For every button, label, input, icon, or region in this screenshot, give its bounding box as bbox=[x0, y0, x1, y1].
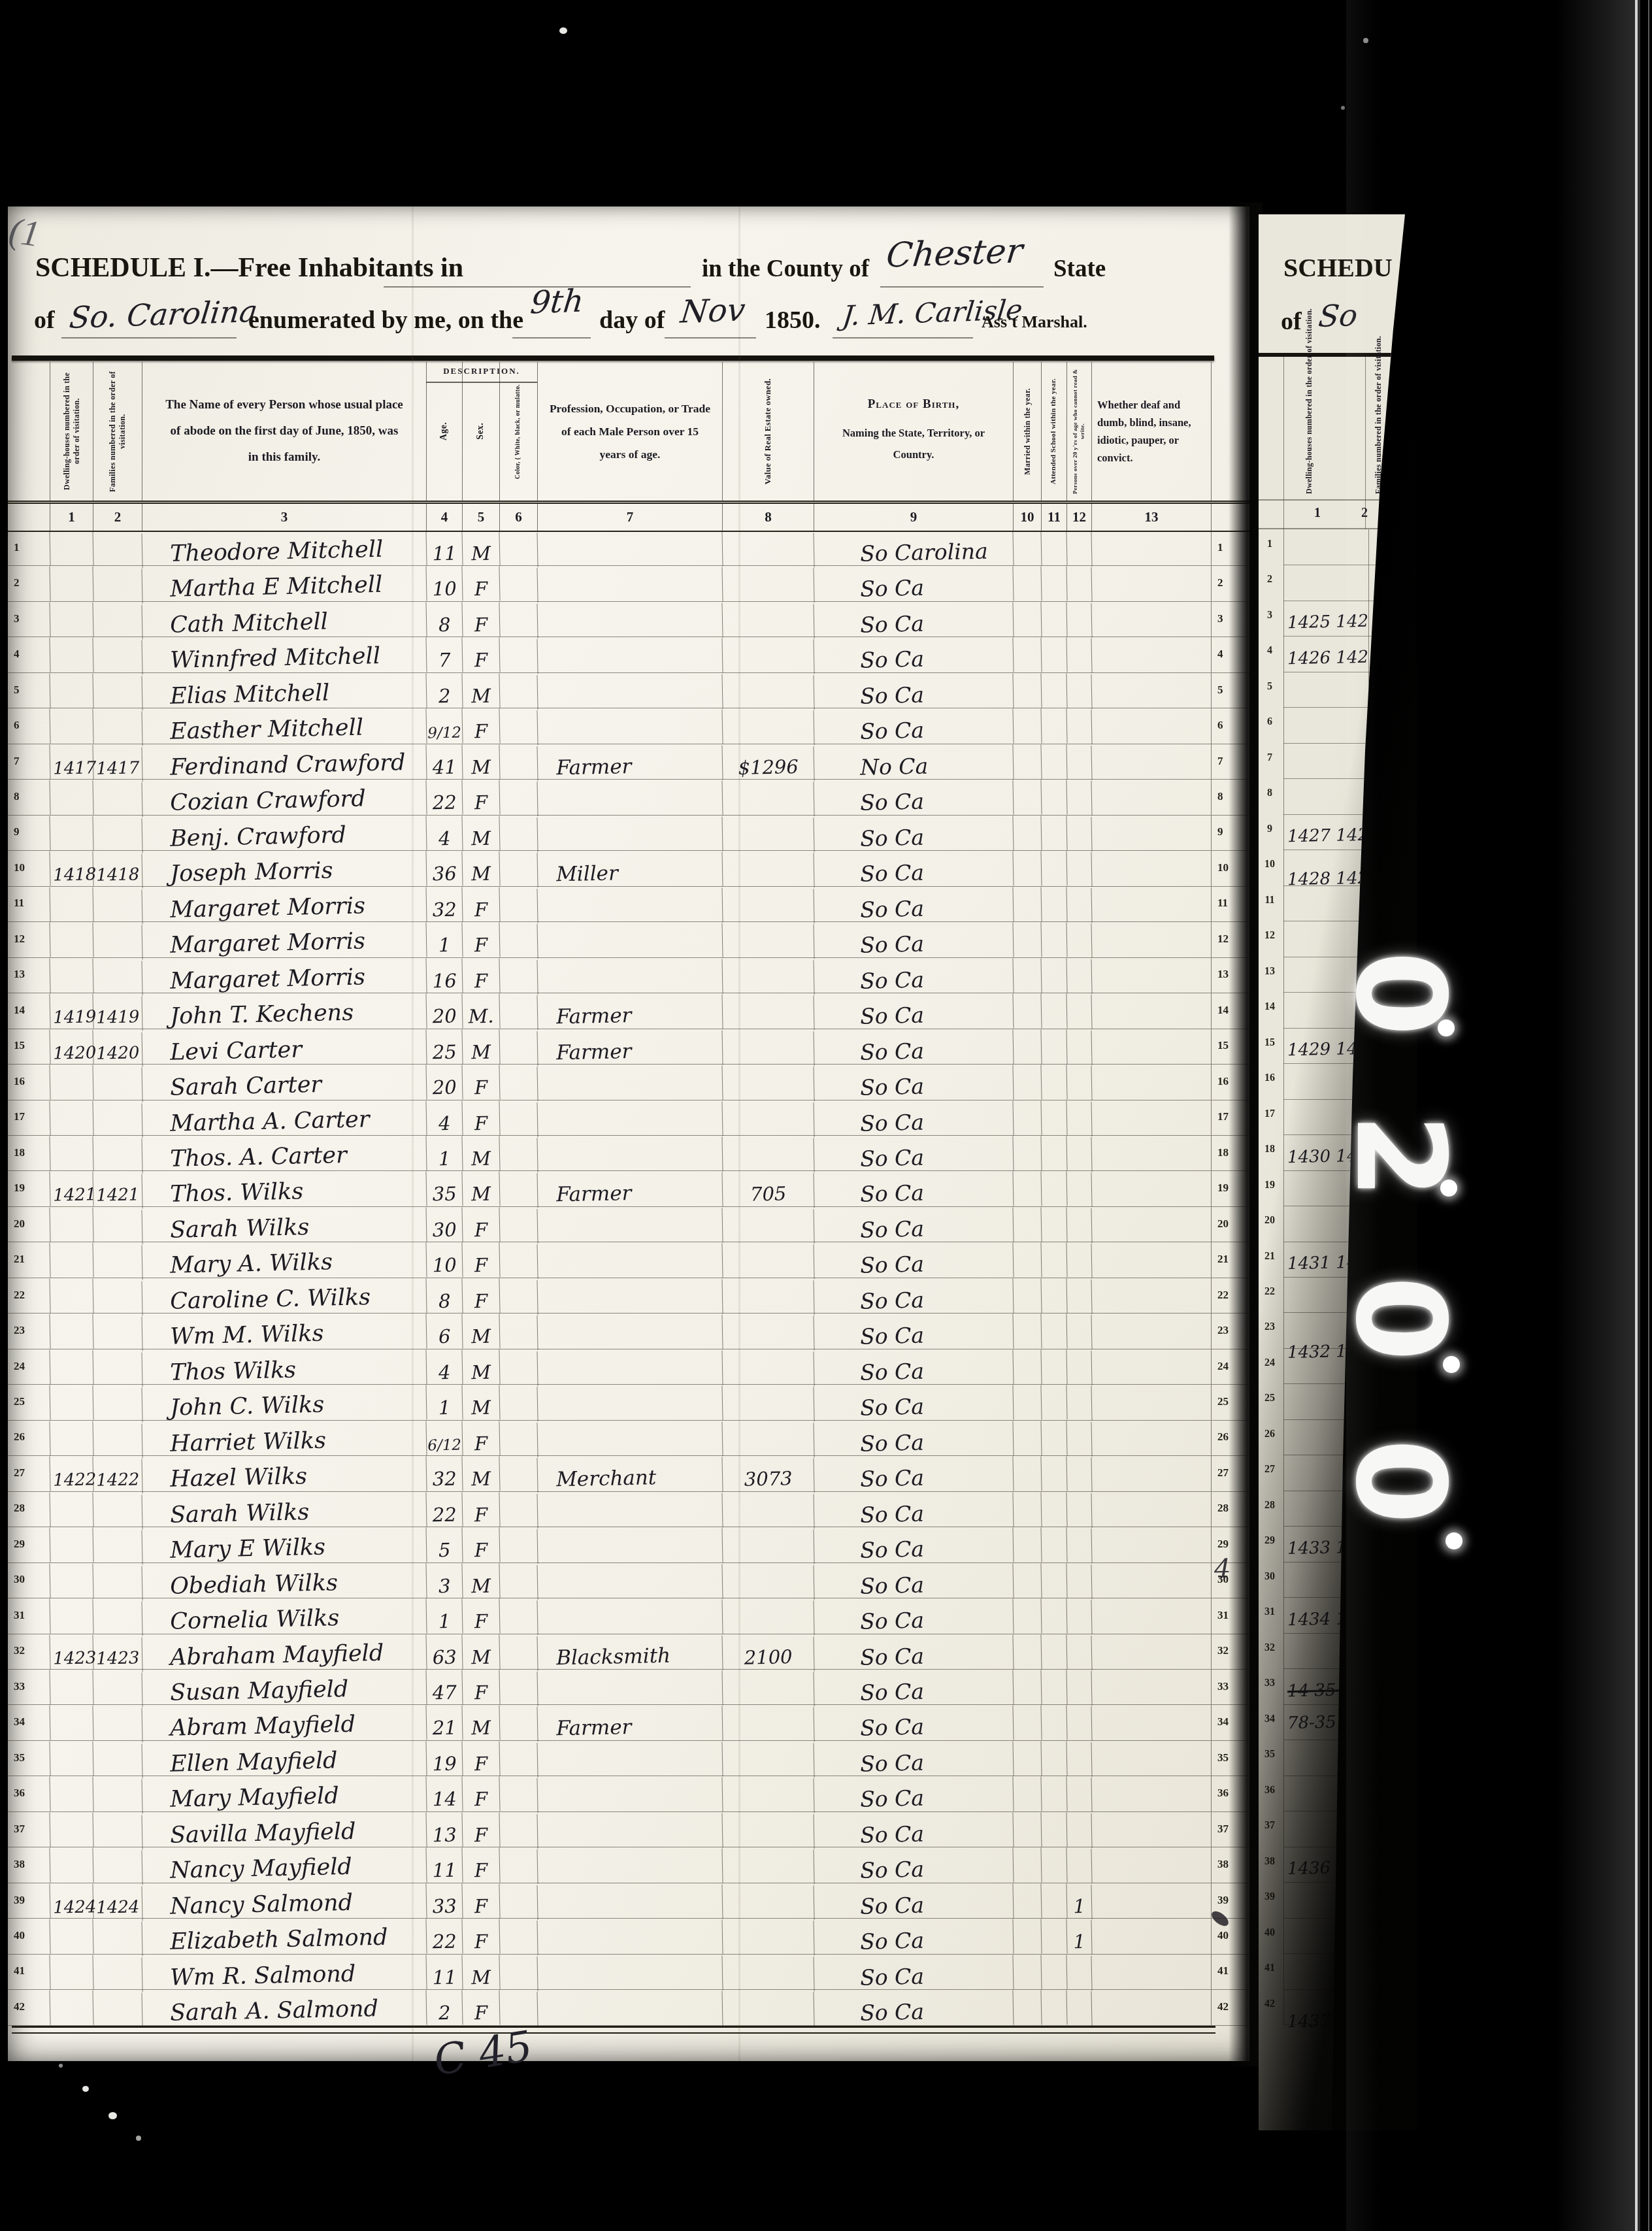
cell-married bbox=[1012, 1954, 1041, 1989]
census-scan: { "film": { "frame_number": "0200" }, "h… bbox=[0, 0, 1652, 2231]
cell-remarks bbox=[1091, 1170, 1211, 1208]
cell-name: Levi Carter bbox=[141, 1026, 426, 1067]
next-page-row-number: 26 bbox=[1259, 1429, 1281, 1440]
next-page-dwelling-entry: 1434 143 bbox=[1287, 1608, 1369, 1630]
cell-value bbox=[721, 636, 814, 673]
cell-school bbox=[1040, 1385, 1066, 1420]
cell-illiterate bbox=[1066, 744, 1091, 779]
cell-age-text: 22 bbox=[432, 1506, 457, 1525]
row-number-right-text: 37 bbox=[1217, 1823, 1229, 1834]
cell-married bbox=[1012, 1349, 1041, 1384]
col4-header: Age. bbox=[438, 422, 450, 440]
cell-color bbox=[499, 851, 537, 887]
cell-remarks bbox=[1091, 1633, 1211, 1670]
row-number-right-text: 40 bbox=[1217, 1930, 1229, 1941]
cell-family bbox=[92, 1349, 142, 1385]
cell-sex: F bbox=[461, 1206, 499, 1242]
cell-school bbox=[1040, 1029, 1066, 1064]
cell-name: Abram Mayfield bbox=[141, 1702, 426, 1743]
cell-married bbox=[1012, 1278, 1041, 1313]
cell-age-text: 2 bbox=[438, 2004, 451, 2023]
column-number: 9 bbox=[814, 504, 1013, 531]
cell-remarks bbox=[1091, 636, 1211, 673]
row-number-right-text: 15 bbox=[1217, 1040, 1229, 1051]
next-page-row-line bbox=[1283, 601, 1388, 601]
next-page-row-number: 23 bbox=[1259, 1321, 1281, 1333]
row-number: 7 bbox=[8, 744, 50, 779]
cell-school bbox=[1040, 1242, 1066, 1278]
cell-birthplace-text: No Ca bbox=[860, 755, 929, 778]
table-row: 23Wm M. Wilks6MSo Ca23 bbox=[8, 1314, 1249, 1349]
row-number-text: 2 bbox=[14, 577, 20, 588]
cell-sex: F bbox=[461, 708, 499, 744]
cell-sex-text: M bbox=[471, 1363, 491, 1383]
cell-age-text: 47 bbox=[432, 1683, 457, 1703]
row-number-right-text: 38 bbox=[1217, 1859, 1229, 1870]
row-number: 27 bbox=[8, 1456, 50, 1491]
cell-name: Harriet Wilks bbox=[141, 1417, 426, 1459]
cell-remarks bbox=[1091, 1134, 1211, 1172]
cell-age-text: 20 bbox=[432, 1007, 457, 1027]
cell-sex: M bbox=[461, 1634, 499, 1670]
cell-sex-text: M bbox=[471, 1398, 491, 1418]
next-page-row-number: 16 bbox=[1259, 1072, 1281, 1084]
cell-age-text: 35 bbox=[432, 1185, 457, 1205]
row-number: 13 bbox=[8, 958, 50, 993]
row-number: 39 bbox=[8, 1883, 50, 1918]
row-number-text: 23 bbox=[14, 1325, 25, 1336]
number-spacer bbox=[8, 504, 50, 531]
cell-remarks bbox=[1091, 1917, 1211, 1955]
cell-name: Sarah Carter bbox=[141, 1061, 426, 1102]
cell-birthplace-text: So Ca bbox=[860, 1788, 925, 1811]
cell-illiterate bbox=[1066, 708, 1091, 744]
cell-family bbox=[92, 780, 142, 816]
cell-name-text: Cozian Crawford bbox=[170, 788, 366, 815]
cell-illiterate bbox=[1066, 1741, 1091, 1776]
cell-married bbox=[1012, 993, 1041, 1029]
table-top-rule bbox=[12, 355, 1214, 361]
cell-age-text: 9/12 bbox=[427, 726, 461, 742]
cell-illiterate bbox=[1066, 1029, 1091, 1064]
cell-occupation-text: Farmer bbox=[556, 1006, 632, 1028]
cell-age-text: 33 bbox=[432, 1897, 457, 1917]
table-row: 22Caroline C. Wilks8FSo Ca22 bbox=[8, 1278, 1249, 1314]
cell-birthplace: So Ca bbox=[813, 1917, 1013, 1956]
cell-color bbox=[499, 1242, 537, 1278]
table-row: 5Elias Mitchell2MSo Ca5 bbox=[8, 673, 1249, 708]
cell-dwelling bbox=[49, 1100, 93, 1136]
cell-sex-text: F bbox=[474, 723, 488, 742]
cell-sex: M bbox=[461, 744, 499, 780]
cell-value bbox=[721, 672, 814, 708]
enumerated-label: enumerated by me, on the bbox=[248, 306, 523, 335]
cell-sex-text: F bbox=[474, 1541, 488, 1560]
row-number-text: 34 bbox=[14, 1716, 25, 1727]
table-row: 31Cornelia Wilks1FSo Ca31 bbox=[8, 1598, 1249, 1634]
cell-color bbox=[499, 672, 537, 708]
cell-sex-text: F bbox=[474, 1826, 488, 1845]
next-page-row-number: 19 bbox=[1259, 1180, 1281, 1191]
col5-header: Sex. bbox=[475, 423, 487, 440]
cell-age: 20 bbox=[425, 1064, 462, 1100]
cell-dwelling bbox=[49, 1064, 93, 1100]
cell-dwelling bbox=[49, 637, 93, 673]
row-number-text: 6 bbox=[14, 719, 20, 731]
cell-color bbox=[499, 886, 537, 922]
row-number-text: 5 bbox=[14, 684, 20, 695]
cell-dwelling: 1423 bbox=[49, 1634, 93, 1670]
cell-color bbox=[499, 1527, 537, 1563]
cell-value bbox=[721, 1918, 814, 1955]
row-number-text: 22 bbox=[14, 1289, 25, 1300]
table-row: 1014181418Joseph Morris36MMillerSo Ca10 bbox=[8, 851, 1249, 886]
cell-sex-text: F bbox=[474, 1612, 488, 1631]
cell-name-text: Hazel Wilks bbox=[170, 1466, 307, 1491]
cell-occupation bbox=[537, 1917, 722, 1955]
cell-school bbox=[1040, 922, 1066, 957]
cell-occupation-text: Farmer bbox=[556, 1042, 632, 1063]
cell-name: Theodore Mitchell bbox=[141, 527, 426, 569]
table-row: 33Susan Mayfield47FSo Ca33 bbox=[8, 1670, 1249, 1705]
cell-age: 5 bbox=[425, 1527, 462, 1563]
cell-sex: F bbox=[461, 1420, 499, 1456]
cell-color bbox=[499, 744, 537, 780]
cell-birthplace-text: So Ca bbox=[860, 649, 925, 672]
cell-birthplace: So Ca bbox=[813, 1739, 1013, 1778]
cell-age: 25 bbox=[425, 1029, 462, 1065]
row-number-right-text: 2 bbox=[1217, 577, 1223, 588]
cell-dwelling: 1421 bbox=[49, 1171, 93, 1207]
cell-dwelling bbox=[49, 530, 93, 566]
cell-value bbox=[721, 921, 814, 958]
cell-birthplace: So Ca bbox=[813, 1312, 1013, 1351]
next-page-row-line bbox=[1283, 1953, 1388, 1954]
row-number-text: 18 bbox=[14, 1147, 25, 1158]
cell-name-text: Wm R. Salmond bbox=[170, 1963, 356, 1990]
cell-dwelling-text: 1418 bbox=[53, 867, 97, 884]
cell-sex: F bbox=[461, 1669, 499, 1705]
cell-occupation: Farmer bbox=[537, 1027, 722, 1066]
table-row: 6Easther Mitchell9/12FSo Ca6 bbox=[8, 708, 1249, 744]
cell-value bbox=[721, 1527, 814, 1563]
cell-married bbox=[1012, 1598, 1041, 1634]
table-row: 11Margaret Morris32FSo Ca11 bbox=[8, 887, 1249, 922]
cell-occupation: Farmer bbox=[537, 1169, 722, 1208]
cell-age-text: 30 bbox=[432, 1221, 457, 1240]
cell-married bbox=[1012, 1242, 1041, 1278]
cell-remarks bbox=[1091, 743, 1211, 780]
next-page-row-number: 1 bbox=[1259, 538, 1281, 550]
row-number-right-text: 14 bbox=[1217, 1004, 1229, 1016]
row-number: 40 bbox=[8, 1919, 50, 1953]
row-number-text: 36 bbox=[14, 1787, 25, 1798]
cell-sex-text: M bbox=[471, 687, 491, 706]
next-page-row-line bbox=[1283, 1668, 1388, 1669]
cell-married bbox=[1012, 1314, 1041, 1349]
next-page-row-line bbox=[1283, 1633, 1388, 1634]
cell-illiterate bbox=[1066, 1100, 1091, 1135]
row-number-text: 11 bbox=[14, 897, 24, 908]
cell-birthplace-text: So Ca bbox=[860, 969, 925, 992]
cell-color bbox=[499, 637, 537, 673]
next-page-row-number: 37 bbox=[1259, 1820, 1281, 1832]
cell-sex: F bbox=[461, 886, 499, 922]
next-page-rule bbox=[1259, 528, 1386, 529]
row-number: 9 bbox=[8, 816, 50, 850]
cell-sex-text: F bbox=[474, 901, 488, 919]
row-number: 26 bbox=[8, 1421, 50, 1455]
cell-dwelling bbox=[49, 1135, 93, 1171]
cell-name: John C. Wilks bbox=[141, 1382, 426, 1423]
table-row: 41Wm R. Salmond11MSo Ca41 bbox=[8, 1955, 1249, 1990]
cell-name: Wm M. Wilks bbox=[141, 1311, 426, 1352]
cell-value bbox=[721, 1598, 814, 1634]
cell-name-text: Sarah A. Salmond bbox=[170, 1998, 379, 2026]
cell-name-text: Margaret Morris bbox=[170, 966, 366, 993]
cell-birthplace-text: So Ca bbox=[860, 862, 925, 885]
cell-married bbox=[1012, 1883, 1041, 1918]
cell-remarks bbox=[1091, 850, 1211, 887]
cell-school bbox=[1040, 1634, 1066, 1669]
cell-value: 705 bbox=[721, 1170, 814, 1207]
cell-name: Martha A. Carter bbox=[141, 1097, 426, 1138]
cell-family-text: 1423 bbox=[96, 1649, 140, 1667]
cell-school bbox=[1040, 1314, 1066, 1349]
cell-family bbox=[92, 1242, 142, 1278]
cell-married bbox=[1012, 1171, 1041, 1206]
cell-sex-text: F bbox=[474, 1292, 488, 1311]
cell-value bbox=[721, 993, 814, 1029]
table-row: 1Theodore Mitchell11MSo Carolina1 bbox=[8, 531, 1249, 566]
schedule-title: SCHEDULE I.—Free Inhabitants in bbox=[35, 252, 463, 284]
row-number: 29 bbox=[8, 1527, 50, 1562]
cell-dwelling: 1424 bbox=[49, 1883, 93, 1919]
cell-sex-text: M bbox=[471, 829, 491, 849]
column-number: 13 bbox=[1091, 504, 1211, 531]
cell-school bbox=[1040, 672, 1066, 708]
cell-sex-text: F bbox=[474, 580, 488, 599]
cell-birthplace-text: So Carolina bbox=[860, 540, 988, 565]
cell-sex-text: F bbox=[474, 1434, 488, 1453]
cell-color bbox=[499, 922, 537, 958]
col13-header: Whether deaf and dumb, blind, insane, id… bbox=[1091, 362, 1211, 501]
table-row: 13Margaret Morris16FSo Ca13 bbox=[8, 958, 1249, 993]
column-number: 6 bbox=[499, 504, 537, 531]
cell-occupation bbox=[537, 600, 722, 638]
row-number-text: 41 bbox=[14, 1965, 25, 1976]
row-number: 42 bbox=[8, 1990, 50, 2024]
cell-married bbox=[1012, 1420, 1041, 1455]
cell-sex-text: M bbox=[471, 1149, 491, 1169]
row-number: 41 bbox=[8, 1955, 50, 1989]
state-underline bbox=[61, 337, 237, 339]
cell-name-text: Wm M. Wilks bbox=[170, 1323, 324, 1349]
cell-sex-text: M bbox=[471, 1327, 491, 1347]
cell-birthplace: So Ca bbox=[813, 564, 1013, 603]
next-page-row-line bbox=[1283, 814, 1388, 815]
cell-family bbox=[92, 1919, 142, 1955]
next-page-row-line bbox=[1283, 565, 1388, 565]
cell-name-text: Benj. Crawford bbox=[170, 824, 346, 851]
cell-color bbox=[499, 1171, 537, 1207]
next-page-row-number: 10 bbox=[1259, 859, 1281, 870]
cell-age-text: 11 bbox=[432, 1968, 457, 1988]
cell-occupation: Farmer bbox=[537, 742, 722, 781]
cell-age-text: 4 bbox=[438, 829, 451, 848]
cell-family bbox=[92, 708, 142, 744]
cell-age-text: 63 bbox=[432, 1648, 457, 1668]
cell-married bbox=[1012, 1100, 1041, 1135]
cell-illiterate bbox=[1066, 531, 1091, 566]
table-bottom-rule bbox=[12, 2026, 1215, 2034]
cell-illiterate bbox=[1066, 993, 1091, 1029]
row-number: 15 bbox=[8, 1029, 50, 1064]
cell-age: 32 bbox=[425, 1456, 462, 1492]
cell-name: Hazel Wilks bbox=[141, 1453, 426, 1495]
cell-color bbox=[499, 1705, 537, 1741]
cell-birthplace: So Ca bbox=[813, 1276, 1013, 1315]
film-speck bbox=[108, 2112, 117, 2119]
cell-dwelling: 1420 bbox=[49, 1029, 93, 1065]
cell-age: 3 bbox=[425, 1562, 462, 1598]
cell-remarks bbox=[1091, 1028, 1211, 1065]
row-number-right-text: 18 bbox=[1217, 1147, 1229, 1158]
next-page-row-number: 34 bbox=[1259, 1713, 1281, 1725]
cell-dwelling bbox=[49, 1811, 93, 1847]
cell-occupation bbox=[537, 1063, 722, 1101]
row-number: 28 bbox=[8, 1492, 50, 1527]
cell-dwelling bbox=[49, 1990, 93, 2026]
cell-illiterate bbox=[1066, 1456, 1091, 1491]
cell-name-text: John T. Kechens bbox=[170, 1002, 354, 1029]
cell-value bbox=[721, 565, 814, 602]
next-page-row-number: 28 bbox=[1259, 1500, 1281, 1512]
cell-name: Caroline C. Wilks bbox=[141, 1275, 426, 1316]
next-page-row-number: 40 bbox=[1259, 1927, 1281, 1939]
row-number: 8 bbox=[8, 780, 50, 814]
cell-name: Cozian Crawford bbox=[141, 777, 426, 818]
cell-family bbox=[92, 1598, 142, 1634]
cell-dwelling bbox=[49, 1598, 93, 1634]
cell-remarks bbox=[1091, 1277, 1211, 1314]
cell-age: 22 bbox=[425, 780, 462, 816]
cell-age: 36 bbox=[425, 851, 462, 887]
cell-married bbox=[1012, 1919, 1041, 1954]
cell-school bbox=[1040, 1954, 1066, 1989]
cell-sex: M. bbox=[461, 993, 499, 1029]
row-number-right-text: 9 bbox=[1217, 826, 1223, 837]
cell-color bbox=[499, 1776, 537, 1812]
next-page-row-number: 20 bbox=[1259, 1215, 1281, 1227]
row-number-text: 20 bbox=[14, 1218, 25, 1229]
cell-dwelling bbox=[49, 1954, 93, 1990]
cell-color bbox=[499, 1278, 537, 1314]
cell-dwelling bbox=[49, 708, 93, 744]
cell-dwelling bbox=[49, 1206, 93, 1242]
row-number-text: 15 bbox=[14, 1040, 25, 1051]
cell-age: 4 bbox=[425, 1100, 462, 1136]
cell-value: 2100 bbox=[721, 1633, 814, 1670]
cell-sex: M bbox=[461, 1135, 499, 1171]
cell-remarks bbox=[1091, 565, 1211, 603]
cell-name-text: Abraham Mayfield bbox=[170, 1642, 384, 1670]
cell-age-text: 5 bbox=[438, 1541, 451, 1560]
cell-name-text: Ellen Mayfield bbox=[170, 1750, 338, 1776]
cell-value bbox=[721, 1776, 814, 1812]
cell-sex-text: F bbox=[474, 1221, 488, 1240]
row-number: 34 bbox=[8, 1705, 50, 1740]
row-number-text: 33 bbox=[14, 1681, 25, 1692]
paper-crease bbox=[738, 207, 740, 2061]
column-number: 1 bbox=[50, 504, 93, 531]
cell-dwelling bbox=[49, 601, 93, 637]
cell-birthplace: So Ca bbox=[813, 706, 1013, 746]
cell-name: Wm R. Salmond bbox=[141, 1951, 426, 1992]
cell-birthplace: So Ca bbox=[813, 1240, 1013, 1280]
cell-dwelling bbox=[49, 1420, 93, 1456]
cell-birthplace: So Ca bbox=[813, 1881, 1013, 1921]
cell-age-text: 32 bbox=[432, 1470, 457, 1489]
cell-family bbox=[92, 1705, 142, 1741]
state-label: State bbox=[1053, 255, 1106, 283]
row-number: 23 bbox=[8, 1314, 50, 1348]
cell-age-text: 1 bbox=[438, 936, 451, 955]
cell-family-text: 1421 bbox=[96, 1187, 140, 1204]
cell-family bbox=[92, 1206, 142, 1242]
cell-married bbox=[1012, 637, 1041, 672]
cell-occupation bbox=[537, 885, 722, 923]
next-page-col2-header: Families numbered in the order of visita… bbox=[1374, 363, 1400, 494]
column-number-row: 12345678910111213 bbox=[8, 504, 1249, 532]
cell-name-text: Mary Mayfield bbox=[170, 1785, 339, 1811]
cell-illiterate bbox=[1066, 1136, 1091, 1171]
cell-married bbox=[1012, 851, 1041, 886]
cell-sex: M bbox=[461, 851, 499, 887]
cell-occupation bbox=[537, 1668, 722, 1706]
cell-remarks bbox=[1091, 672, 1211, 709]
cell-sex-text: F bbox=[474, 936, 488, 955]
cell-married bbox=[1012, 1065, 1041, 1100]
cell-age-text: 1 bbox=[438, 1399, 451, 1418]
cell-color bbox=[499, 1206, 537, 1242]
cell-school bbox=[1040, 708, 1066, 744]
cell-name: Sarah Wilks bbox=[141, 1204, 426, 1245]
cell-age-text: 22 bbox=[432, 793, 457, 813]
cell-birthplace: No Ca bbox=[813, 742, 1013, 782]
cell-name-text: Obediah Wilks bbox=[170, 1572, 339, 1598]
cell-sex: F bbox=[461, 1919, 499, 1955]
cell-occupation-text: Farmer bbox=[556, 1184, 632, 1206]
cell-color bbox=[499, 1135, 537, 1171]
cell-married bbox=[1012, 957, 1041, 993]
cell-dwelling bbox=[49, 1278, 93, 1314]
cell-dwelling bbox=[49, 1919, 93, 1955]
cell-occupation-text: Farmer bbox=[556, 1718, 632, 1740]
row-number-right-text: 4 bbox=[1217, 648, 1223, 659]
cell-age: 1 bbox=[425, 922, 462, 958]
cell-color bbox=[499, 708, 537, 744]
cell-remarks bbox=[1091, 1704, 1211, 1742]
cell-age: 6/12 bbox=[425, 1420, 462, 1456]
cell-age-text: 10 bbox=[432, 580, 457, 600]
cell-age: 30 bbox=[425, 1206, 462, 1242]
cell-birthplace-text: So Ca bbox=[860, 1112, 925, 1134]
cell-birthplace: So Ca bbox=[813, 1169, 1013, 1208]
cell-name-text: Ferdinand Crawford bbox=[170, 752, 406, 780]
cell-age: 32 bbox=[425, 886, 462, 922]
film-dot bbox=[1438, 1019, 1455, 1036]
